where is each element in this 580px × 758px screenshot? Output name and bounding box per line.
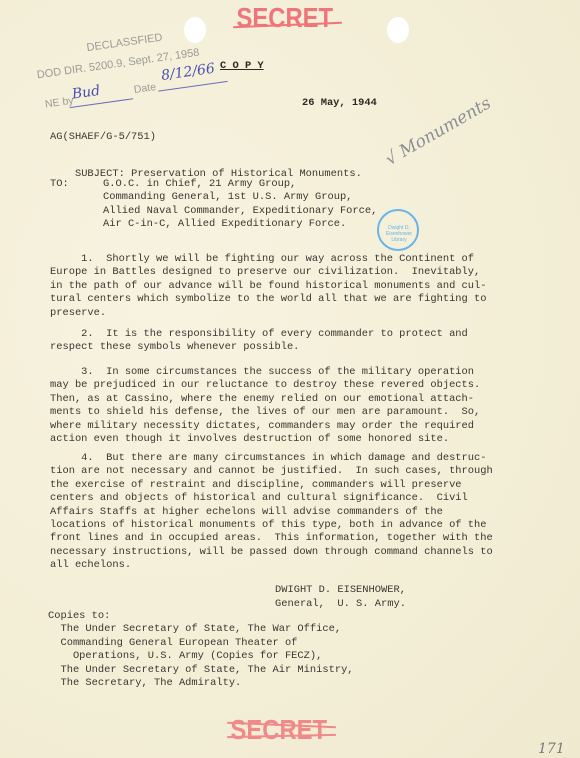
- recipient: Allied Naval Commander, Expeditionary Fo…: [103, 205, 377, 218]
- declassified-label: DECLASSFIED: [86, 32, 163, 55]
- paragraph-line: 3. In some circumstances the success of …: [50, 366, 480, 379]
- to-label: TO:: [50, 178, 69, 191]
- copy-recipient: The Under Secretary of State, The Air Mi…: [48, 664, 354, 677]
- review-date-value: 8/12/66: [160, 61, 216, 84]
- copy-recipient: The Secretary, The Admiralty.: [48, 677, 354, 690]
- paragraph-line: Then, as at Cassino, where the enemy rel…: [50, 393, 480, 406]
- copy-recipient: The Under Secretary of State, The War Of…: [48, 623, 354, 636]
- copy-recipient: Operations, U.S. Army (Copies for FECZ),: [48, 650, 354, 663]
- signature-block: DWIGHT D. EISENHOWER, General, U. S. Arm…: [275, 584, 406, 612]
- paragraph-2: 2. It is the responsibility of every com…: [50, 328, 468, 355]
- paragraph-line: 4. But there are many circumstances in w…: [50, 452, 493, 465]
- paragraph-line: 2. It is the responsibility of every com…: [50, 328, 468, 341]
- secret-stamp-bottom-text: SECRET: [231, 714, 328, 745]
- reference-number: AG(SHAEF/G-5/751): [50, 131, 156, 144]
- paragraph-line: 1. Shortly we will be fighting our way a…: [50, 253, 486, 266]
- secret-stamp-bottom: SECRET: [231, 714, 328, 746]
- recipient: Commanding General, 1st U.S. Army Group,: [103, 191, 377, 204]
- copy-label: C O P Y: [220, 60, 264, 73]
- recipient: Air C-in-C, Allied Expeditionary Force.: [103, 218, 377, 231]
- paragraph-line: in the path of our advance will be found…: [50, 280, 486, 293]
- reviewer-initials: Bud: [71, 83, 101, 103]
- paragraph-line: preserve.: [50, 307, 486, 320]
- paragraph-line: Affairs Staffs at higher echelons will a…: [50, 506, 493, 519]
- page-number: 171: [538, 741, 565, 757]
- paragraph-line: centers and objects of historical and cu…: [50, 492, 493, 505]
- secret-stamp-top-text: SECRET: [237, 2, 334, 33]
- declassification-stamp: DECLASSFIED DOD DIR. 5200.9, Sept. 27, 1…: [30, 12, 240, 124]
- review-date-label: Date: [133, 81, 157, 96]
- paragraph-line: ments to shield his defense, the lives o…: [50, 406, 480, 419]
- paragraph-line: action even though it involves destructi…: [50, 433, 480, 446]
- copies-block: Copies to: The Under Secretary of State,…: [48, 610, 354, 690]
- paragraph-line: necessary instructions, will be passed d…: [50, 546, 493, 559]
- paragraph-line: the exercise of restraint and discipline…: [50, 479, 493, 492]
- secret-stamp-top: SECRET: [237, 2, 334, 34]
- paragraph-line: tion are not necessary and cannot be jus…: [50, 465, 493, 478]
- recipient: G.O.C. in Chief, 21 Army Group,: [103, 178, 377, 191]
- paragraph-line: where military necessity dictates, comma…: [50, 420, 480, 433]
- paragraph-4: 4. But there are many circumstances in w…: [50, 452, 493, 573]
- paragraph-3: 3. In some circumstances the success of …: [50, 366, 480, 446]
- document-page: SECRET DECLASSFIED DOD DIR. 5200.9, Sept…: [0, 0, 580, 758]
- letter-date: 26 May, 1944: [302, 97, 377, 110]
- paragraph-line: tural centers which symbolize to the wor…: [50, 293, 486, 306]
- paragraph-line: respect these symbols whenever possible.: [50, 341, 468, 354]
- paragraph-line: Europe in Battles designed to preserve o…: [50, 266, 486, 279]
- pencil-annotation: √ Monuments: [382, 93, 495, 170]
- recipients-list: G.O.C. in Chief, 21 Army Group, Commandi…: [103, 178, 377, 232]
- copy-recipient: Commanding General European Theater of: [48, 637, 354, 650]
- paragraph-line: front lines and in occupied areas. This …: [50, 532, 493, 545]
- paragraph-1: 1. Shortly we will be fighting our way a…: [50, 253, 486, 320]
- library-stamp-text: Dwight D. Eisenhower Library: [383, 225, 415, 243]
- paragraph-line: all echelons.: [50, 559, 493, 572]
- library-stamp: Dwight D. Eisenhower Library: [377, 209, 419, 251]
- paragraph-line: locations of historical monuments of thi…: [50, 519, 493, 532]
- signatory-name: DWIGHT D. EISENHOWER,: [275, 584, 406, 597]
- punch-hole-right: [387, 17, 409, 43]
- copies-label: Copies to:: [48, 610, 354, 623]
- paragraph-line: may be prejudiced in our reluctance to d…: [50, 379, 480, 392]
